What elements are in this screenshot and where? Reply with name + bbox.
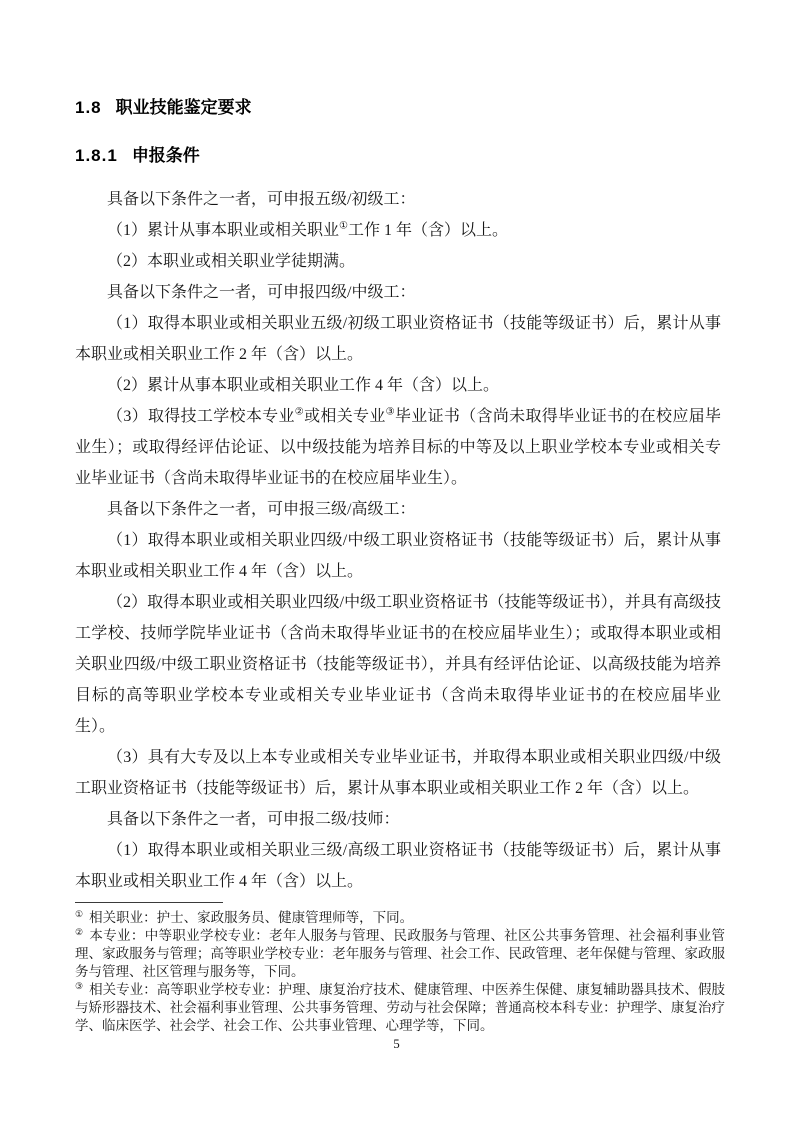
footnote-marker: ③ <box>75 981 83 991</box>
paragraph: （3）取得技工学校本专业②或相关专业③毕业证书（含尚未取得毕业证书的在校应届毕业… <box>75 401 721 494</box>
footnote: ①相关职业：护士、家政服务员、健康管理师等，下同。 <box>75 909 725 927</box>
paragraph-text: （2）累计从事本职业或相关职业工作 4 年（含）以上。 <box>107 377 499 394</box>
footnote-separator <box>75 902 223 903</box>
section-heading: 1.8职业技能鉴定要求 <box>75 98 721 117</box>
paragraph: （2）累计从事本职业或相关职业工作 4 年（含）以上。 <box>75 370 721 401</box>
footnote-ref: ② <box>295 407 304 418</box>
paragraph-text: 具备以下条件之一者，可申报五级/初级工： <box>107 191 415 208</box>
paragraph-text: （1）取得本职业或相关职业五级/初级工职业资格证书（技能等级证书）后，累计从事本… <box>75 315 721 363</box>
footnote-list: ①相关职业：护士、家政服务员、健康管理师等，下同。②本专业：中等职业学校专业：老… <box>75 909 725 1035</box>
paragraph-text: 工作 1 年（含）以上。 <box>348 222 508 239</box>
document-body: 具备以下条件之一者，可申报五级/初级工：（1）累计从事本职业或相关职业①工作 1… <box>75 184 721 897</box>
paragraph-text: （1）累计从事本职业或相关职业 <box>107 222 339 239</box>
footnote-text: 相关职业：护士、家政服务员、健康管理师等，下同。 <box>89 910 413 925</box>
paragraph-text: （2）取得本职业或相关职业四级/中级工职业资格证书（技能等级证书），并具有高级技… <box>75 594 721 735</box>
footnotes-section: ①相关职业：护士、家政服务员、健康管理师等，下同。②本专业：中等职业学校专业：老… <box>75 902 725 1035</box>
paragraph: （1）取得本职业或相关职业五级/初级工职业资格证书（技能等级证书）后，累计从事本… <box>75 308 721 370</box>
subsection-number: 1.8.1 <box>75 146 118 165</box>
subsection-title: 申报条件 <box>132 146 200 165</box>
paragraph: （3）具有大专及以上本专业或相关专业毕业证书，并取得本职业或相关职业四级/中级工… <box>75 742 721 804</box>
paragraph: 具备以下条件之一者，可申报五级/初级工： <box>75 184 721 215</box>
paragraph-text: 具备以下条件之一者，可申报三级/高级工： <box>107 501 415 518</box>
paragraph-text: （2）本职业或相关职业学徒期满。 <box>107 253 355 270</box>
footnote-marker: ① <box>75 909 83 919</box>
paragraph: （2）本职业或相关职业学徒期满。 <box>75 246 721 277</box>
paragraph-text: （3）取得技工学校本专业 <box>107 408 295 425</box>
page-number: 5 <box>0 1036 793 1052</box>
paragraph: （2）取得本职业或相关职业四级/中级工职业资格证书（技能等级证书），并具有高级技… <box>75 587 721 742</box>
document-content: 1.8职业技能鉴定要求 1.8.1申报条件 具备以下条件之一者，可申报五级/初级… <box>75 98 721 897</box>
paragraph: （1）取得本职业或相关职业四级/中级工职业资格证书（技能等级证书）后，累计从事本… <box>75 525 721 587</box>
paragraph: 具备以下条件之一者，可申报四级/中级工： <box>75 277 721 308</box>
section-title: 职业技能鉴定要求 <box>116 98 252 117</box>
document-page: 1.8职业技能鉴定要求 1.8.1申报条件 具备以下条件之一者，可申报五级/初级… <box>0 0 793 1122</box>
footnote-marker: ② <box>75 927 83 937</box>
section-number: 1.8 <box>75 98 102 117</box>
footnote-ref: ③ <box>386 407 395 418</box>
footnote: ②本专业：中等职业学校专业：老年人服务与管理、民政服务与管理、社区公共事务管理、… <box>75 927 725 981</box>
footnote-ref: ① <box>339 221 348 232</box>
footnote-text: 本专业：中等职业学校专业：老年人服务与管理、民政服务与管理、社区公共事务管理、社… <box>75 928 725 979</box>
paragraph: （1）取得本职业或相关职业三级/高级工职业资格证书（技能等级证书）后，累计从事本… <box>75 835 721 897</box>
footnote: ③相关专业：高等职业学校专业：护理、康复治疗技术、健康管理、中医养生保健、康复辅… <box>75 981 725 1035</box>
paragraph: 具备以下条件之一者，可申报三级/高级工： <box>75 494 721 525</box>
footnote-text: 相关专业：高等职业学校专业：护理、康复治疗技术、健康管理、中医养生保健、康复辅助… <box>75 982 725 1033</box>
paragraph-text: （3）具有大专及以上本专业或相关专业毕业证书，并取得本职业或相关职业四级/中级工… <box>75 749 721 797</box>
paragraph: （1）累计从事本职业或相关职业①工作 1 年（含）以上。 <box>75 215 721 246</box>
paragraph-text: （1）取得本职业或相关职业四级/中级工职业资格证书（技能等级证书）后，累计从事本… <box>75 532 721 580</box>
paragraph-text: 具备以下条件之一者，可申报二级/技师： <box>107 811 399 828</box>
paragraph-text: （1）取得本职业或相关职业三级/高级工职业资格证书（技能等级证书）后，累计从事本… <box>75 842 721 890</box>
paragraph: 具备以下条件之一者，可申报二级/技师： <box>75 804 721 835</box>
paragraph-text: 或相关专业 <box>304 408 386 425</box>
paragraph-text: 具备以下条件之一者，可申报四级/中级工： <box>107 284 415 301</box>
subsection-heading: 1.8.1申报条件 <box>75 146 721 165</box>
